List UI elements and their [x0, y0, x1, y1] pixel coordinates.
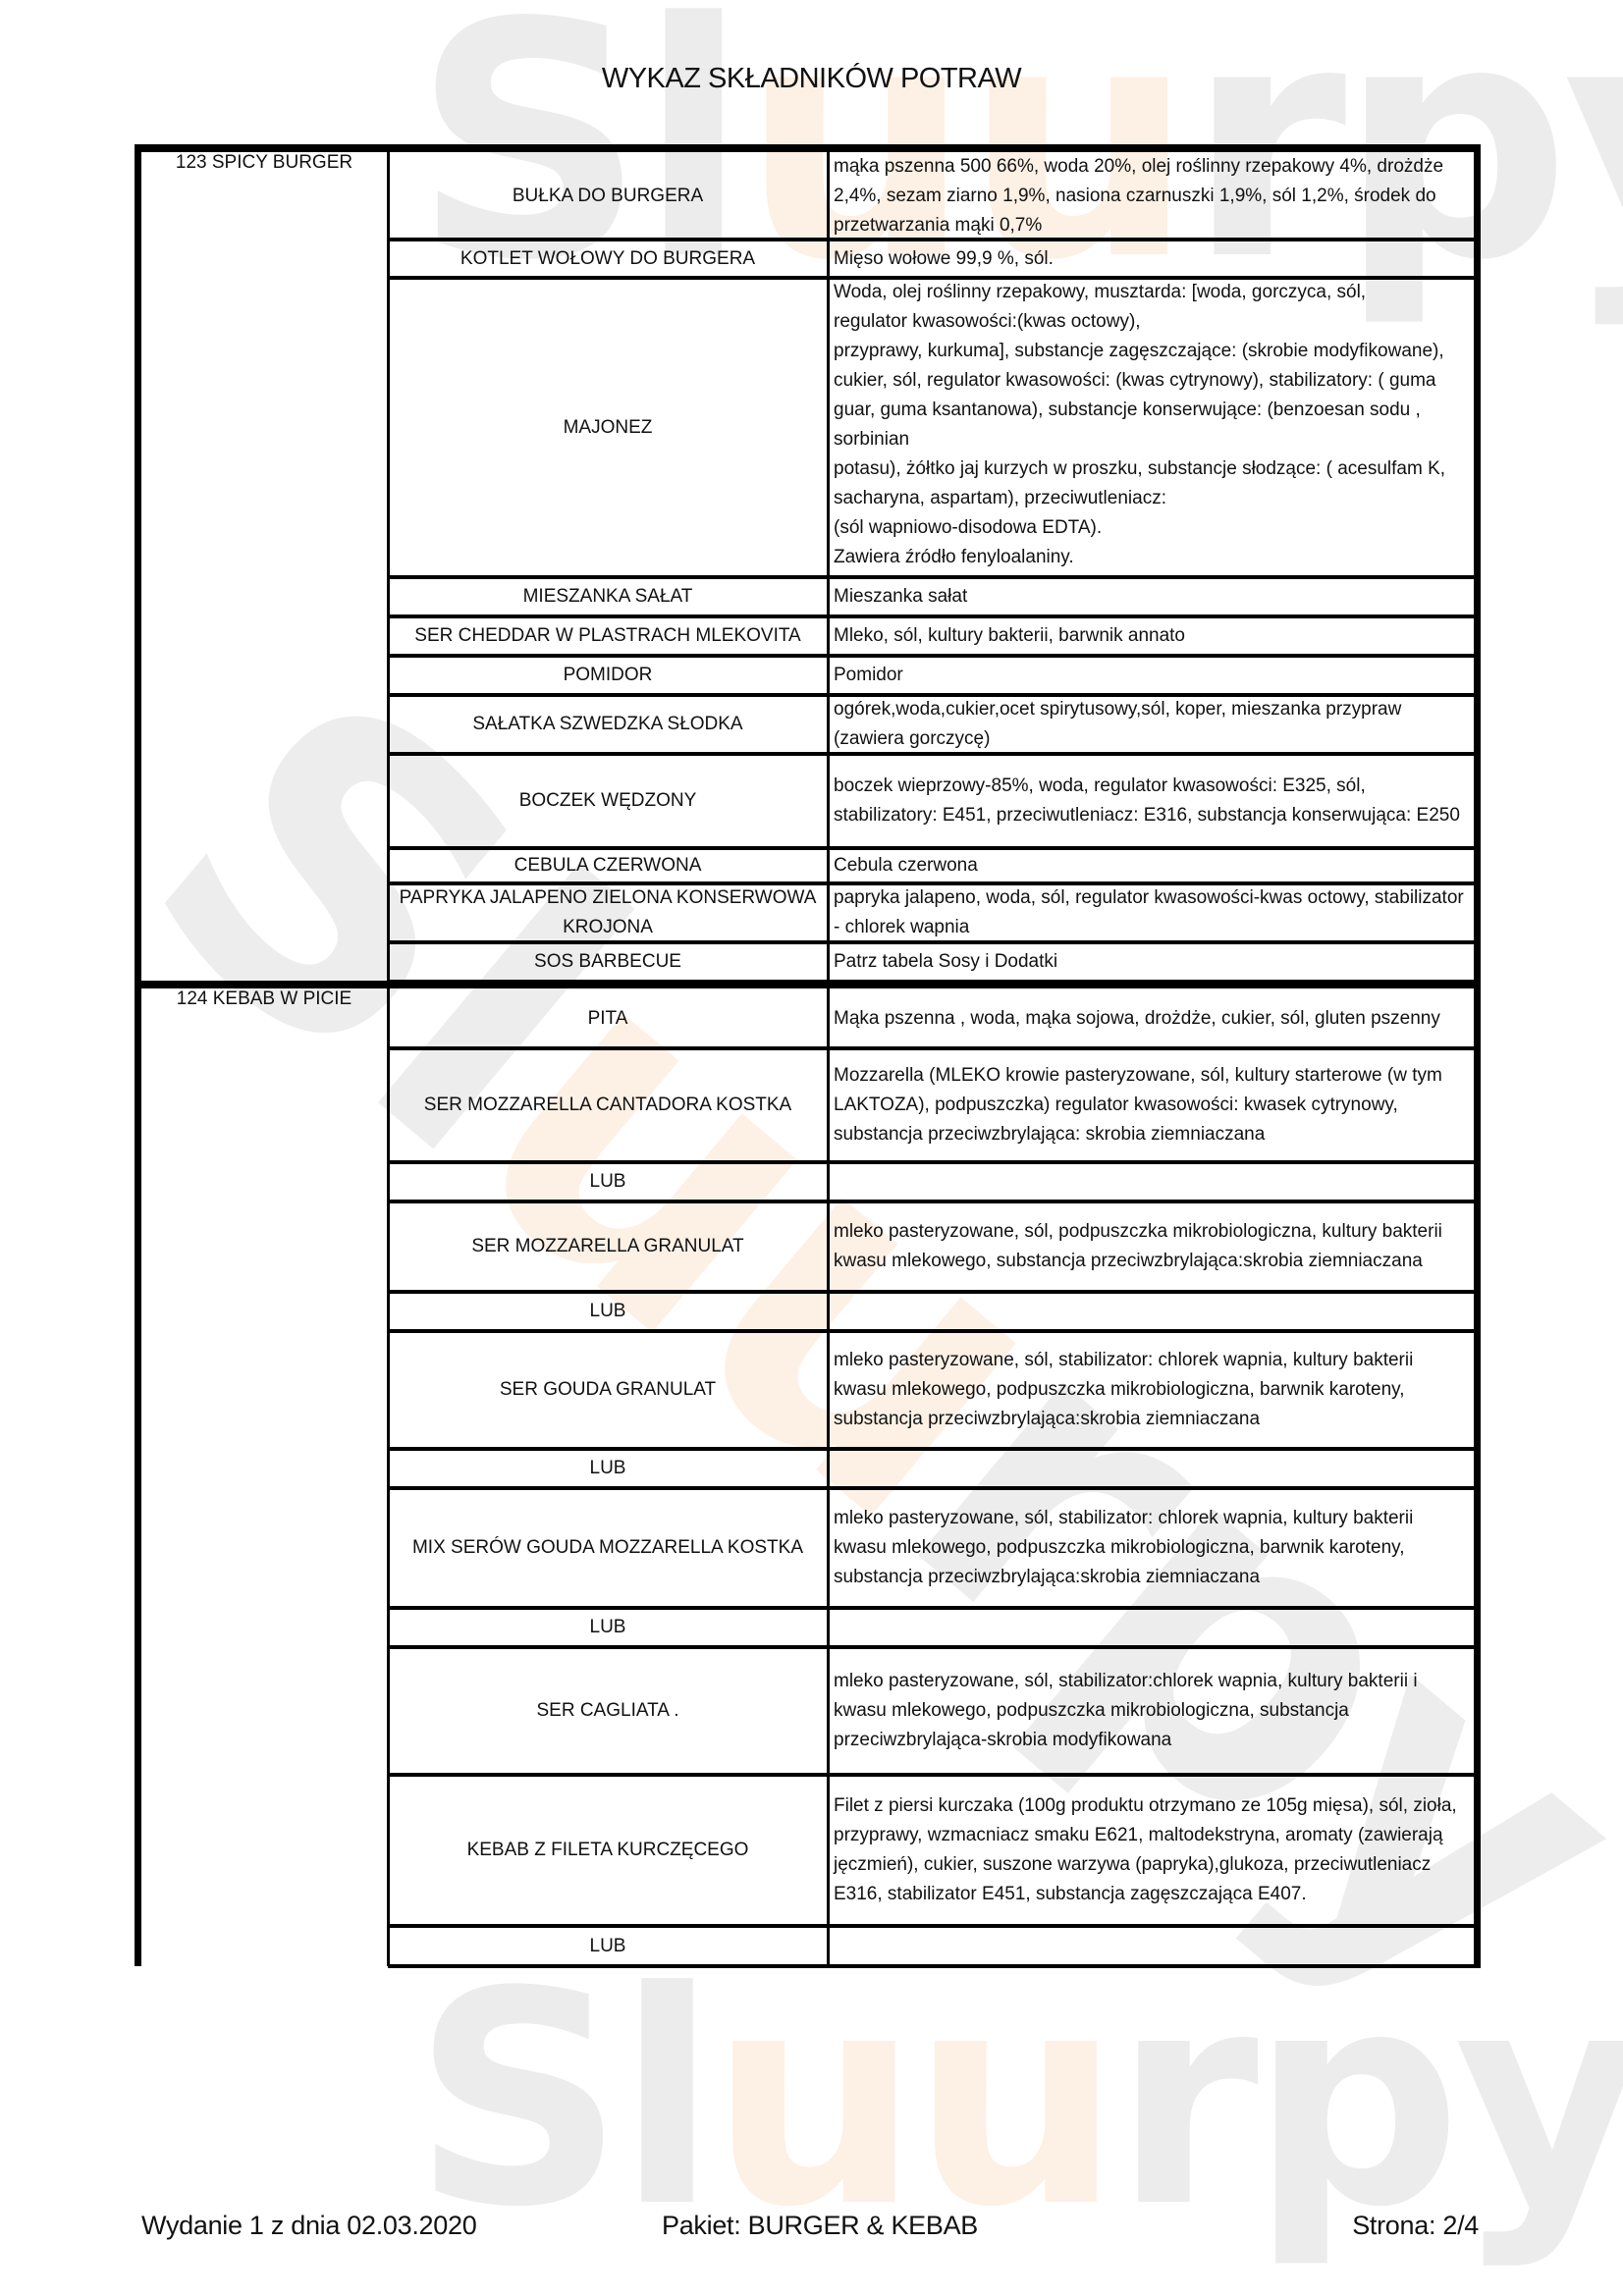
- composition-text: Mąka pszenna , woda, mąka sojowa, drożdż…: [834, 1004, 1440, 1034]
- footer-page-number: Strona: 2/4: [1352, 2211, 1479, 2241]
- composition-text: Mięso wołowe 99,9 %, sól.: [834, 244, 1054, 274]
- ingredient-composition: [828, 1292, 1475, 1331]
- composition-text: mleko pasteryzowane, sól, stabilizator:c…: [834, 1667, 1469, 1755]
- ingredient-composition: mleko pasteryzowane, sól, stabilizator:c…: [828, 1647, 1475, 1775]
- ingredient-composition: [828, 1926, 1475, 1966]
- table-right-border: [1474, 144, 1481, 1966]
- ingredient-composition: [828, 1608, 1475, 1647]
- column-divider: [387, 152, 390, 982]
- ingredient-name: SOS BARBECUE: [388, 942, 828, 982]
- watermark-logo-bottom: Sluurpy: [412, 1953, 1623, 2248]
- ingredient-name: SER GOUDA GRANULAT: [388, 1331, 828, 1449]
- composition-text: Mieszanka sałat: [834, 582, 967, 612]
- composition-text: boczek wieprzowy-85%, woda, regulator kw…: [834, 772, 1469, 830]
- ingredient-composition: Filet z piersi kurczaka (100g produktu o…: [828, 1775, 1475, 1926]
- ingredient-name: KOTLET WOŁOWY DO BURGERA: [388, 240, 828, 278]
- ingredient-composition: [828, 1162, 1475, 1201]
- composition-text: Patrz tabela Sosy i Dodatki: [834, 947, 1057, 977]
- ingredient-composition: Cebula czerwona: [828, 848, 1475, 883]
- composition-text: ogórek,woda,cukier,ocet spirytusowy,sól,…: [834, 695, 1469, 754]
- ingredient-name: BOCZEK WĘDZONY: [388, 754, 828, 848]
- footer-package: Pakiet: BURGER & KEBAB: [662, 2211, 978, 2241]
- composition-text: mleko pasteryzowane, sól, podpuszczka mi…: [834, 1217, 1469, 1276]
- dish-separator: [135, 981, 1481, 988]
- column-divider: [387, 988, 390, 1966]
- composition-text: Filet z piersi kurczaka (100g produktu o…: [834, 1791, 1469, 1909]
- ingredient-composition: Patrz tabela Sosy i Dodatki: [828, 942, 1475, 982]
- ingredient-composition: ogórek,woda,cukier,ocet spirytusowy,sól,…: [828, 695, 1475, 754]
- alternative-separator: LUB: [388, 1608, 828, 1647]
- ingredient-name: MIESZANKA SAŁAT: [388, 577, 828, 616]
- ingredient-name: PITA: [388, 988, 828, 1048]
- ingredient-composition: Mięso wołowe 99,9 %, sól.: [828, 240, 1475, 278]
- ingredient-name: KEBAB Z FILETA KURCZĘCEGO: [388, 1775, 828, 1926]
- ingredient-composition: mleko pasteryzowane, sól, podpuszczka mi…: [828, 1201, 1475, 1292]
- row-divider: [388, 1964, 1481, 1968]
- footer-edition: Wydanie 1 z dnia 02.03.2020: [141, 2211, 476, 2241]
- ingredient-name: CEBULA CZERWONA: [388, 848, 828, 883]
- composition-text: Woda, olej roślinny rzepakowy, musztarda…: [834, 278, 1469, 572]
- column-divider: [827, 988, 830, 1966]
- ingredient-composition: Mozzarella (MLEKO krowie pasteryzowane, …: [828, 1048, 1475, 1162]
- composition-text: Pomidor: [834, 661, 903, 690]
- ingredient-composition: mleko pasteryzowane, sól, stabilizator: …: [828, 1331, 1475, 1449]
- ingredient-name: SER CAGLIATA .: [388, 1647, 828, 1775]
- ingredient-composition: Mieszanka sałat: [828, 577, 1475, 616]
- ingredient-name: POMIDOR: [388, 656, 828, 695]
- dish-label: 123 SPICY BURGER: [140, 150, 388, 176]
- ingredient-composition: mleko pasteryzowane, sól, stabilizator: …: [828, 1488, 1475, 1608]
- page-title: WYKAZ SKŁADNIKÓW POTRAW: [0, 63, 1623, 95]
- ingredient-composition: boczek wieprzowy-85%, woda, regulator kw…: [828, 754, 1475, 848]
- ingredient-name: SER MOZZARELLA GRANULAT: [388, 1201, 828, 1292]
- alternative-separator: LUB: [388, 1162, 828, 1201]
- composition-text: Mozzarella (MLEKO krowie pasteryzowane, …: [834, 1061, 1469, 1149]
- composition-text: mąka pszenna 500 66%, woda 20%, olej roś…: [834, 152, 1469, 240]
- composition-text: Mleko, sól, kultury bakterii, barwnik an…: [834, 621, 1185, 651]
- ingredient-name: SER MOZZARELLA CANTADORA KOSTKA: [388, 1048, 828, 1162]
- alternative-separator: LUB: [388, 1926, 828, 1966]
- ingredient-name: BUŁKA DO BURGERA: [388, 152, 828, 240]
- composition-text: mleko pasteryzowane, sól, stabilizator: …: [834, 1504, 1469, 1592]
- alternative-separator: LUB: [388, 1292, 828, 1331]
- dish-label: 124 KEBAB W PICIE: [140, 987, 388, 1012]
- alternative-separator: LUB: [388, 1449, 828, 1488]
- ingredient-composition: Mleko, sól, kultury bakterii, barwnik an…: [828, 616, 1475, 656]
- composition-text: mleko pasteryzowane, sól, stabilizator: …: [834, 1346, 1469, 1434]
- column-divider: [827, 152, 830, 982]
- table-left-border: [135, 144, 141, 1966]
- ingredient-composition: papryka jalapeno, woda, sól, regulator k…: [828, 883, 1475, 942]
- ingredient-composition: [828, 1449, 1475, 1488]
- ingredient-name: SAŁATKA SZWEDZKA SŁODKA: [388, 695, 828, 754]
- ingredient-name: PAPRYKA JALAPENO ZIELONA KONSERWOWA KROJ…: [388, 883, 828, 942]
- ingredient-composition: Woda, olej roślinny rzepakowy, musztarda…: [828, 278, 1475, 577]
- ingredient-name: MAJONEZ: [388, 278, 828, 577]
- ingredient-composition: Pomidor: [828, 656, 1475, 695]
- composition-text: papryka jalapeno, woda, sól, regulator k…: [834, 883, 1469, 942]
- ingredient-name: MIX SERÓW GOUDA MOZZARELLA KOSTKA: [388, 1488, 828, 1608]
- ingredient-composition: mąka pszenna 500 66%, woda 20%, olej roś…: [828, 152, 1475, 240]
- ingredient-name: SER CHEDDAR W PLASTRACH MLEKOVITA: [388, 616, 828, 656]
- composition-text: Cebula czerwona: [834, 851, 978, 881]
- ingredient-composition: Mąka pszenna , woda, mąka sojowa, drożdż…: [828, 988, 1475, 1048]
